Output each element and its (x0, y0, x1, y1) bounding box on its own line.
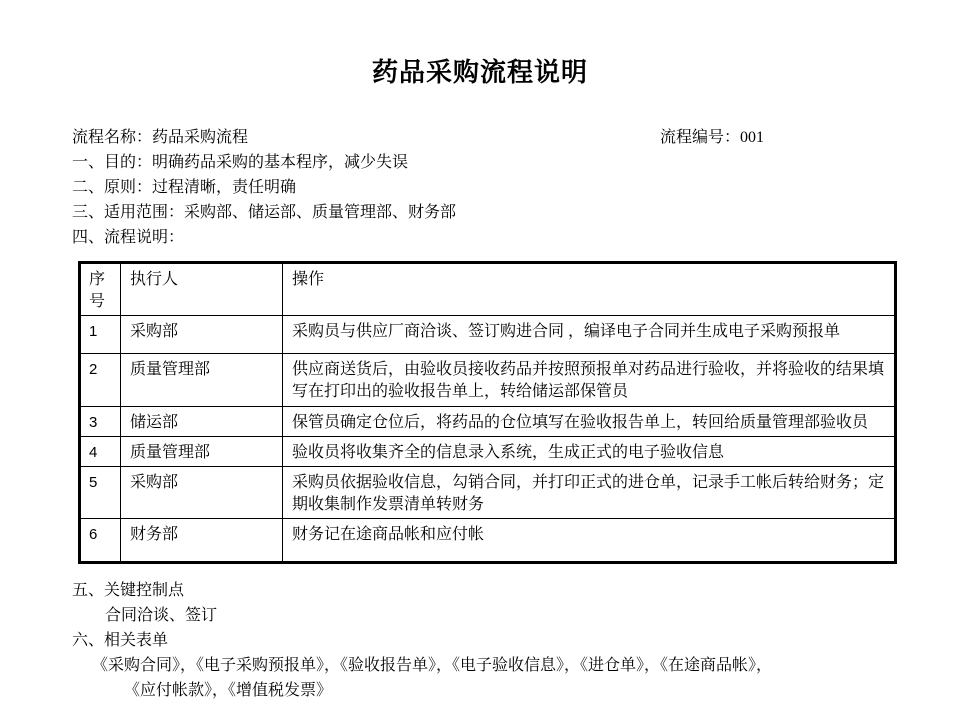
section-control-heading: 五、关键控制点 (72, 578, 960, 603)
cell-no: 2 (80, 354, 121, 407)
column-header-no: 序号 (80, 263, 121, 316)
related-forms-line: 《应付帐款》，《增值税发票》 (124, 678, 960, 703)
cell-operation: 保管员确定仓位后，将药品的仓位填写在验收报告单上，转回给质量管理部验收员 (283, 407, 896, 437)
column-header-executor: 执行人 (121, 263, 283, 316)
table-row: 6 财务部 财务记在途商品帐和应付帐 (80, 519, 896, 563)
page-title: 药品采购流程说明 (0, 0, 960, 89)
table-row: 3 储运部 保管员确定仓位后，将药品的仓位填写在验收报告单上，转回给质量管理部验… (80, 407, 896, 437)
cell-executor: 质量管理部 (121, 354, 283, 407)
section-principle: 二、原则：过程清晰，责任明确 (72, 175, 960, 200)
cell-operation: 财务记在途商品帐和应付帐 (283, 519, 896, 563)
control-point-item: 合同洽谈、签订 (105, 603, 960, 628)
table-row: 5 采购部 采购员依据验收信息，勾销合同，并打印正式的进仓单，记录手工帐后转给财… (80, 467, 896, 519)
table-header-row: 序号 执行人 操作 (80, 263, 896, 316)
process-meta-line: 流程名称：药品采购流程 流程编号：001 (72, 125, 960, 150)
cell-operation: 采购员与供应厂商洽谈、签订购进合同 ，编译电子合同并生成电子采购预报单 (283, 316, 896, 354)
process-number-label: 流程编号：001 (660, 125, 764, 150)
cell-operation: 采购员依据验收信息，勾销合同，并打印正式的进仓单，记录手工帐后转给财务；定期收集… (283, 467, 896, 519)
table-row: 2 质量管理部 供应商送货后，由验收员接收药品并按照预报单对药品进行验收，并将验… (80, 354, 896, 407)
table-row: 1 采购部 采购员与供应厂商洽谈、签订购进合同 ，编译电子合同并生成电子采购预报… (80, 316, 896, 354)
section-scope: 三、适用范围：采购部、储运部、质量管理部、财务部 (72, 200, 960, 225)
column-header-operation: 操作 (283, 263, 896, 316)
cell-executor: 质量管理部 (121, 437, 283, 467)
cell-no: 6 (80, 519, 121, 563)
cell-no: 4 (80, 437, 121, 467)
section-forms-heading: 六、相关表单 (72, 628, 960, 653)
process-table: 序号 执行人 操作 1 采购部 采购员与供应厂商洽谈、签订购进合同 ，编译电子合… (78, 261, 897, 564)
table-row: 4 质量管理部 验收员将收集齐全的信息录入系统，生成正式的电子验收信息 (80, 437, 896, 467)
process-name-label: 流程名称：药品采购流程 (72, 129, 248, 146)
cell-executor: 财务部 (121, 519, 283, 563)
cell-operation: 供应商送货后，由验收员接收药品并按照预报单对药品进行验收，并将验收的结果填写在打… (283, 354, 896, 407)
section-flow-heading: 四、流程说明： (72, 225, 960, 250)
section-purpose: 一、目的：明确药品采购的基本程序，减少失误 (72, 150, 960, 175)
related-forms-line: 《采购合同》，《电子采购预报单》，《验收报告单》，《电子验收信息》，《进仓单》，… (92, 653, 960, 678)
cell-no: 1 (80, 316, 121, 354)
cell-no: 3 (80, 407, 121, 437)
cell-executor: 储运部 (121, 407, 283, 437)
cell-operation: 验收员将收集齐全的信息录入系统，生成正式的电子验收信息 (283, 437, 896, 467)
cell-executor: 采购部 (121, 316, 283, 354)
cell-executor: 采购部 (121, 467, 283, 519)
cell-no: 5 (80, 467, 121, 519)
document-page: 药品采购流程说明 流程名称：药品采购流程 流程编号：001 一、目的：明确药品采… (0, 0, 960, 720)
